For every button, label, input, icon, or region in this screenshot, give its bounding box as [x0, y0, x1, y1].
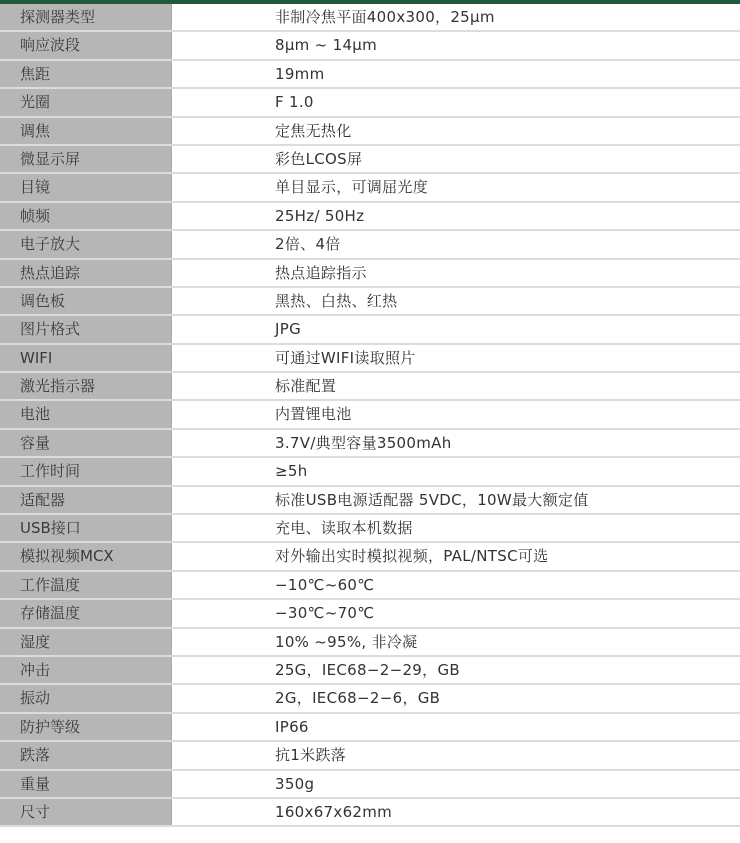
spec-value: 25G，IEC68−2−29，GB: [172, 657, 740, 683]
table-row: 目镜单目显示，可调屈光度: [0, 174, 740, 202]
table-row: 焦距19mm: [0, 61, 740, 89]
table-row: 探测器类型非制冷焦平面400x300，25μm: [0, 4, 740, 32]
table-row: 电子放大2倍、4倍: [0, 231, 740, 259]
spec-value: JPG: [172, 316, 740, 342]
spec-value: 160x67x62mm: [172, 799, 740, 825]
spec-value: −30℃~70℃: [172, 600, 740, 626]
table-row: 工作温度−10℃~60℃: [0, 572, 740, 600]
table-row: 调焦定焦无热化: [0, 118, 740, 146]
spec-label: 目镜: [0, 174, 172, 200]
spec-label: 模拟视频MCX: [0, 543, 172, 569]
spec-label: 微显示屏: [0, 146, 172, 172]
table-row: WIFI可通过WIFI读取照片: [0, 345, 740, 373]
spec-label: 跌落: [0, 742, 172, 768]
table-row: 热点追踪热点追踪指示: [0, 260, 740, 288]
spec-value: 8μm ~ 14μm: [172, 32, 740, 58]
table-row: 光圈F 1.0: [0, 89, 740, 117]
table-row: 图片格式JPG: [0, 316, 740, 344]
spec-label: 重量: [0, 771, 172, 797]
spec-value: 可通过WIFI读取照片: [172, 345, 740, 371]
spec-value: 对外输出实时模拟视频，PAL/NTSC可选: [172, 543, 740, 569]
spec-value: 定焦无热化: [172, 118, 740, 144]
table-row: 响应波段8μm ~ 14μm: [0, 32, 740, 60]
spec-label: 存储温度: [0, 600, 172, 626]
table-row: 电池内置锂电池: [0, 401, 740, 429]
spec-value: 3.7V/典型容量3500mAh: [172, 430, 740, 456]
table-row: 跌落抗1米跌落: [0, 742, 740, 770]
spec-value: F 1.0: [172, 89, 740, 115]
spec-label: 湿度: [0, 629, 172, 655]
spec-value: 单目显示，可调屈光度: [172, 174, 740, 200]
spec-value: 标准USB电源适配器 5VDC，10W最大额定值: [172, 487, 740, 513]
spec-label: 防护等级: [0, 714, 172, 740]
spec-value: 350g: [172, 771, 740, 797]
spec-value: 抗1米跌落: [172, 742, 740, 768]
spec-label: 尺寸: [0, 799, 172, 825]
spec-label: 振动: [0, 685, 172, 711]
spec-label: 响应波段: [0, 32, 172, 58]
spec-label: 帧频: [0, 203, 172, 229]
spec-value: −10℃~60℃: [172, 572, 740, 598]
table-row: USB接口充电、读取本机数据: [0, 515, 740, 543]
spec-value: 25Hz/ 50Hz: [172, 203, 740, 229]
spec-label: 容量: [0, 430, 172, 456]
table-row: 防护等级IP66: [0, 714, 740, 742]
spec-value: 内置锂电池: [172, 401, 740, 427]
spec-value: 彩色LCOS屏: [172, 146, 740, 172]
spec-value: 19mm: [172, 61, 740, 87]
table-row: 适配器标准USB电源适配器 5VDC，10W最大额定值: [0, 487, 740, 515]
spec-value: 非制冷焦平面400x300，25μm: [172, 4, 740, 30]
table-row: 冲击25G，IEC68−2−29，GB: [0, 657, 740, 685]
table-row: 微显示屏彩色LCOS屏: [0, 146, 740, 174]
spec-label: 电池: [0, 401, 172, 427]
spec-value: 10% ~95%, 非冷凝: [172, 629, 740, 655]
spec-label: 焦距: [0, 61, 172, 87]
spec-value: 2G，IEC68−2−6，GB: [172, 685, 740, 711]
spec-value: 黑热、白热、红热: [172, 288, 740, 314]
spec-label: 激光指示器: [0, 373, 172, 399]
spec-label: 图片格式: [0, 316, 172, 342]
table-row: 重量350g: [0, 771, 740, 799]
spec-value: 标准配置: [172, 373, 740, 399]
table-row: 湿度10% ~95%, 非冷凝: [0, 629, 740, 657]
table-row: 调色板黑热、白热、红热: [0, 288, 740, 316]
table-row: 存储温度−30℃~70℃: [0, 600, 740, 628]
table-row: 振动2G，IEC68−2−6，GB: [0, 685, 740, 713]
spec-label: 探测器类型: [0, 4, 172, 30]
spec-label: USB接口: [0, 515, 172, 541]
table-row: 激光指示器标准配置: [0, 373, 740, 401]
table-row: 尺寸160x67x62mm: [0, 799, 740, 827]
spec-table: 探测器类型非制冷焦平面400x300，25μm 响应波段8μm ~ 14μm 焦…: [0, 4, 740, 827]
spec-label: 调色板: [0, 288, 172, 314]
spec-label: 适配器: [0, 487, 172, 513]
spec-value: 2倍、4倍: [172, 231, 740, 257]
spec-value: IP66: [172, 714, 740, 740]
spec-value: 热点追踪指示: [172, 260, 740, 286]
table-row: 模拟视频MCX对外输出实时模拟视频，PAL/NTSC可选: [0, 543, 740, 571]
table-row: 帧频25Hz/ 50Hz: [0, 203, 740, 231]
spec-label: 热点追踪: [0, 260, 172, 286]
spec-value: ≥5h: [172, 458, 740, 484]
table-row: 工作时间≥5h: [0, 458, 740, 486]
table-row: 容量3.7V/典型容量3500mAh: [0, 430, 740, 458]
spec-label: WIFI: [0, 345, 172, 371]
spec-value: 充电、读取本机数据: [172, 515, 740, 541]
spec-label: 工作温度: [0, 572, 172, 598]
spec-label: 工作时间: [0, 458, 172, 484]
spec-label: 电子放大: [0, 231, 172, 257]
spec-label: 光圈: [0, 89, 172, 115]
spec-label: 调焦: [0, 118, 172, 144]
spec-label: 冲击: [0, 657, 172, 683]
